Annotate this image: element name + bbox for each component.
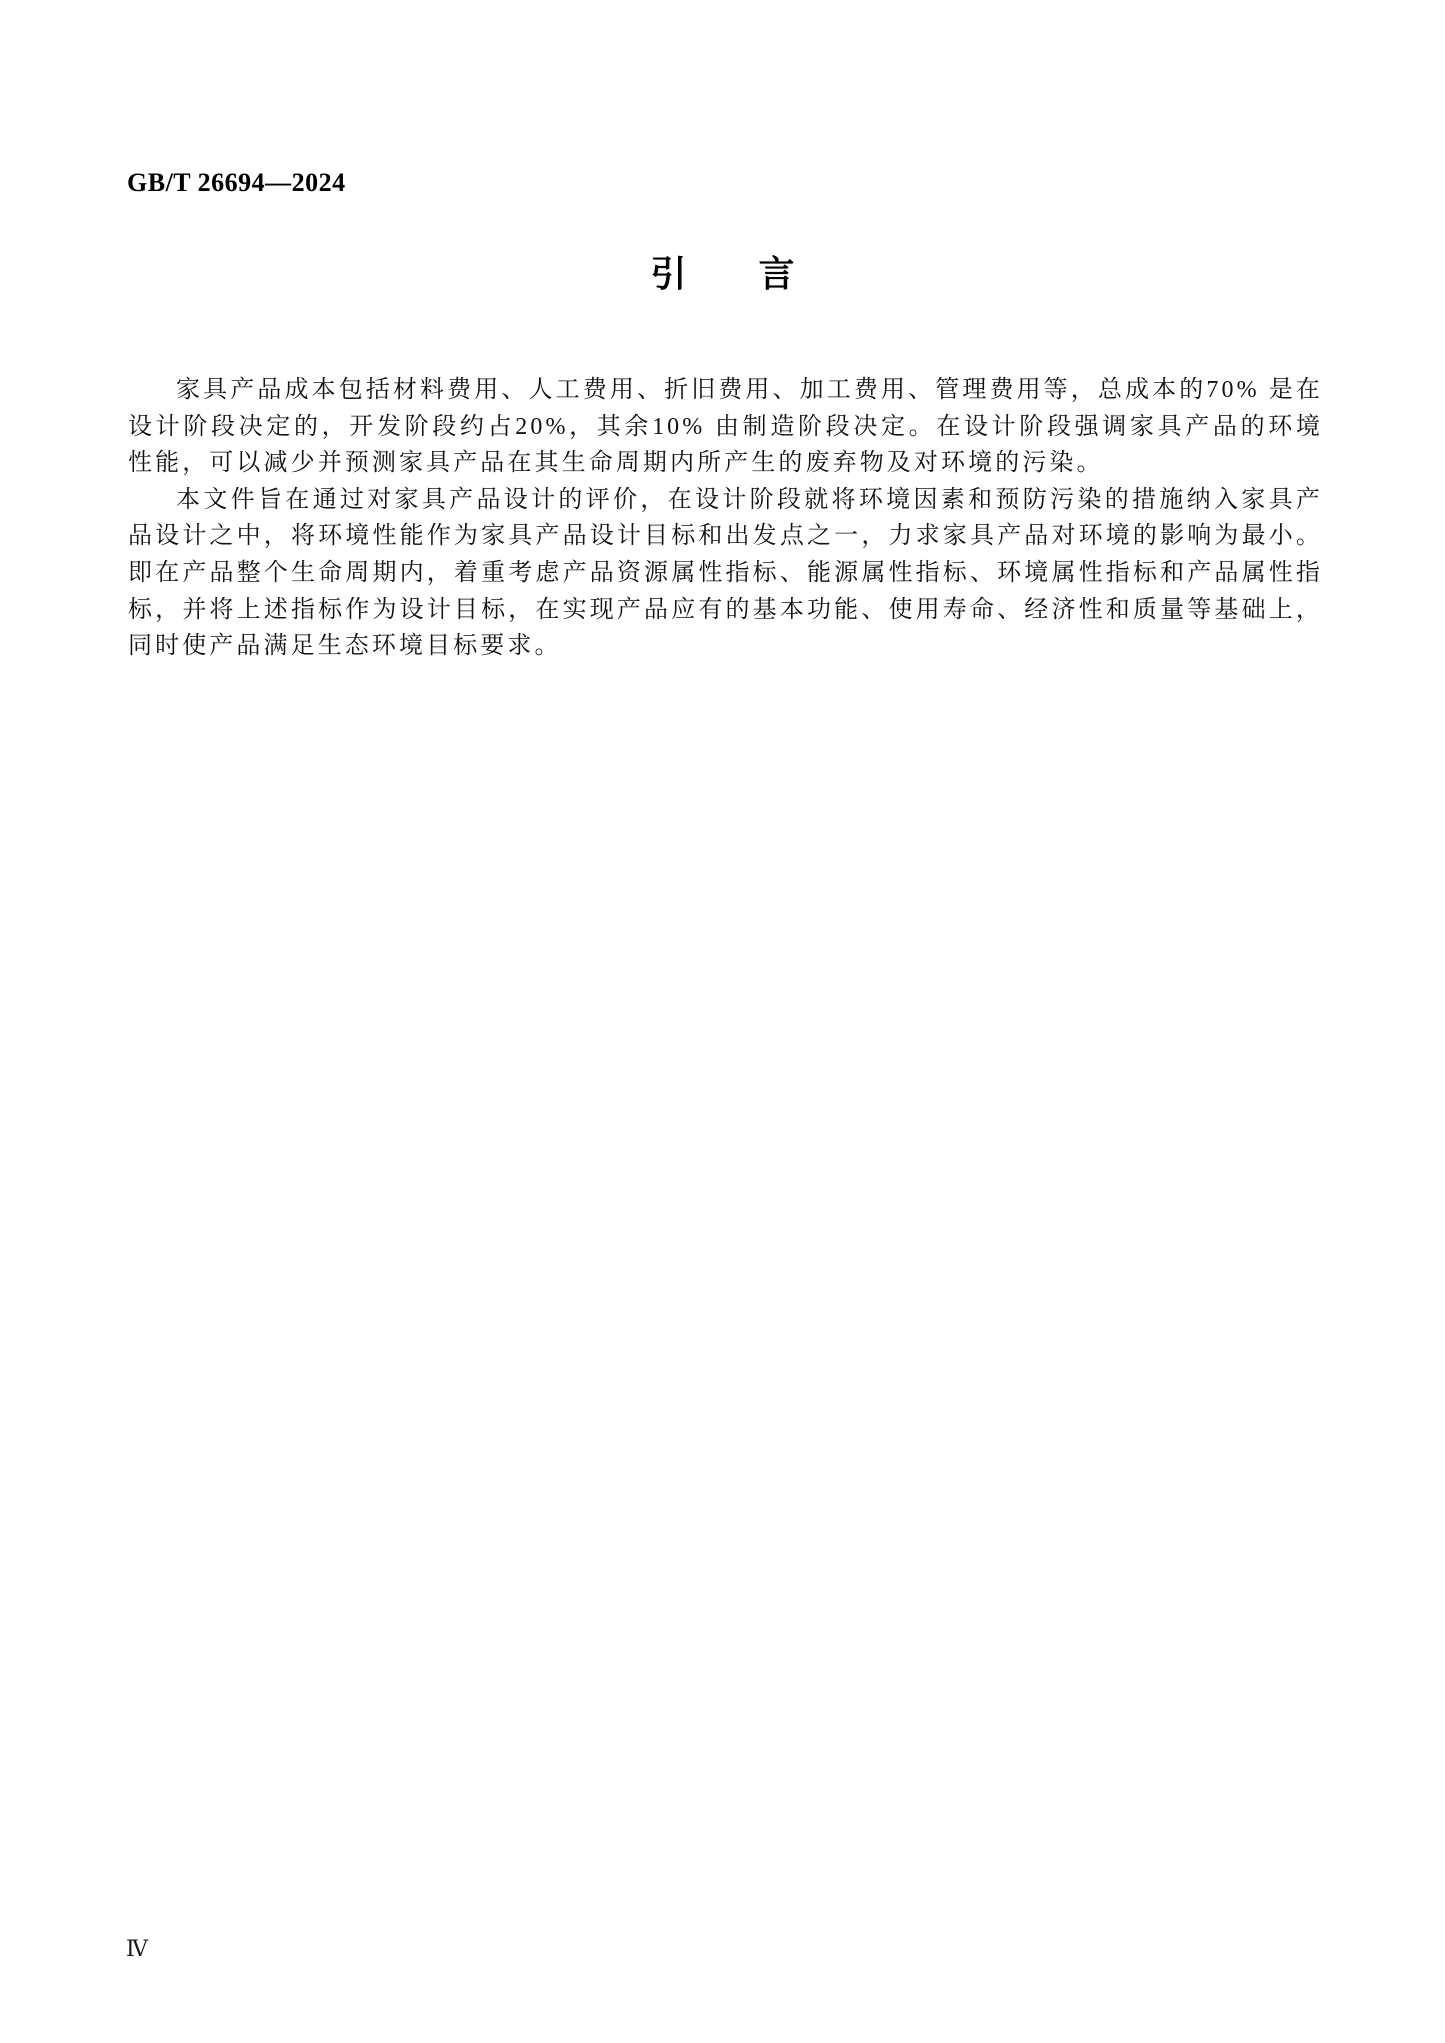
paragraph: 本文件旨在通过对家具产品设计的评价，在设计阶段就将环境因素和预防污染的措施纳入家… [128, 482, 1323, 665]
document-page: GB/T 26694—2024 引 言 家具产品成本包括材料费用、人工费用、折旧… [0, 0, 1445, 2043]
standard-number: GB/T 26694—2024 [127, 168, 346, 198]
page-title: 引 言 [0, 246, 1445, 297]
page-number: Ⅳ [126, 1936, 148, 1962]
paragraph: 家具产品成本包括材料费用、人工费用、折旧费用、加工费用、管理费用等，总成本的70… [128, 372, 1323, 482]
introduction-body: 家具产品成本包括材料费用、人工费用、折旧费用、加工费用、管理费用等，总成本的70… [128, 372, 1323, 665]
